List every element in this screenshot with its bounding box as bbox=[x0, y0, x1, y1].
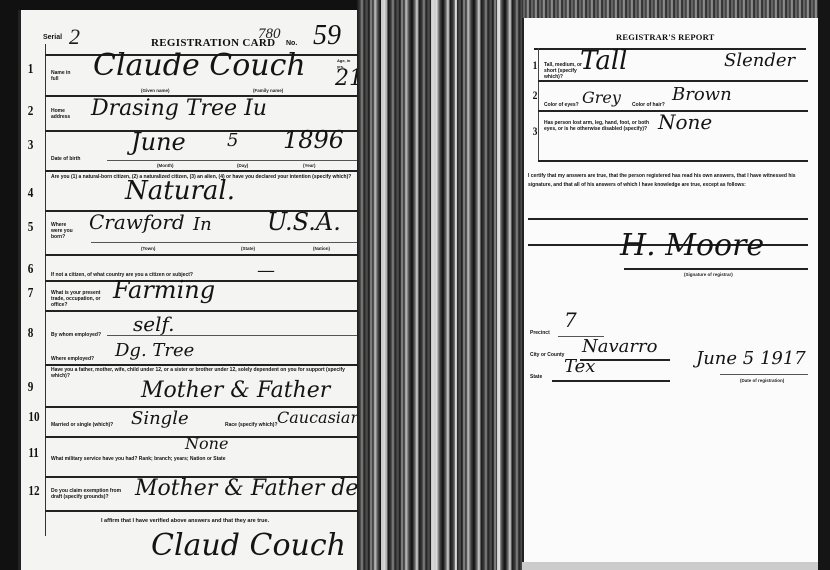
film-top-edge bbox=[522, 0, 822, 18]
home-address-label: Home address bbox=[51, 108, 71, 120]
year-sublabel: (Year) bbox=[303, 163, 316, 168]
precinct-value: 7 bbox=[564, 308, 577, 332]
registration-number: 59 bbox=[313, 20, 341, 52]
microfilm-strip bbox=[357, 0, 522, 570]
race-value: Caucasian bbox=[277, 408, 361, 427]
registrar-report-title: REGISTRAR'S REPORT bbox=[616, 32, 714, 42]
occupation-value: Farming bbox=[113, 276, 215, 304]
row-number: 11 bbox=[28, 446, 39, 462]
dob-month: June bbox=[131, 128, 186, 156]
row-number: 3 bbox=[28, 138, 34, 154]
disability-label: Has person lost arm, leg, hand, foot, or… bbox=[544, 120, 654, 132]
citizenship-value: Natural. bbox=[125, 176, 235, 206]
county-value: Navarro bbox=[582, 336, 657, 357]
registrar-certification: I certify that my answers are true, that… bbox=[528, 172, 810, 190]
order-number: 780 bbox=[258, 26, 281, 43]
exemption-label: Do you claim exemption from draft (speci… bbox=[51, 488, 131, 500]
military-service-value: None bbox=[185, 434, 228, 453]
registration-card-back: REGISTRAR'S REPORT 1 Tall, medium, or sh… bbox=[522, 18, 818, 563]
dob-year: 1896 bbox=[283, 126, 344, 154]
row-number: 10 bbox=[28, 410, 39, 426]
registration-date-label: (Date of registration) bbox=[740, 378, 784, 383]
family-name-sublabel: (Family name) bbox=[253, 88, 283, 93]
film-right-edge bbox=[818, 0, 830, 570]
birthplace-label: Where were you born? bbox=[51, 222, 75, 240]
row-number: 7 bbox=[28, 286, 34, 302]
exemption-value: Mother & Father dep'd bbox=[135, 476, 393, 501]
film-bottom-edge bbox=[522, 562, 818, 570]
birth-state: In bbox=[193, 214, 212, 235]
employer-label: By whom employed? bbox=[51, 332, 101, 338]
document-viewer: Serial 2 REGISTRATION CARD 780 No. 59 1 … bbox=[0, 0, 830, 570]
precinct-label: Precinct bbox=[530, 330, 550, 336]
birth-nation: U.S.A. bbox=[267, 208, 341, 236]
marital-label: Married or single (which)? bbox=[51, 422, 113, 428]
row-number: 1 bbox=[533, 58, 538, 73]
given-name-sublabel: (Given name) bbox=[141, 88, 170, 93]
name-label: Name in full bbox=[51, 70, 75, 82]
affirmation-text: I affirm that I have verified above answ… bbox=[101, 518, 269, 524]
state-sublabel: (State) bbox=[241, 246, 255, 251]
serial-value: 2 bbox=[69, 24, 80, 50]
marital-value: Single bbox=[131, 408, 189, 429]
eye-color-label: Color of eyes? bbox=[544, 102, 579, 108]
row-number: 5 bbox=[28, 220, 34, 236]
disability-value: None bbox=[658, 110, 712, 134]
registrar-signature-label: (Signature of registrar) bbox=[684, 272, 733, 277]
registrant-signature: Claud Couch bbox=[151, 528, 346, 563]
race-label: Race (specify which)? bbox=[225, 422, 278, 428]
foreign-citizen-value: — bbox=[257, 260, 275, 281]
height-value: Tall bbox=[580, 46, 627, 76]
dob-day: 5 bbox=[227, 130, 238, 151]
row-number: 6 bbox=[28, 262, 34, 278]
row-number: 1 bbox=[28, 62, 34, 78]
home-address-value: Drasing Tree Iu bbox=[91, 96, 267, 121]
row-number: 2 bbox=[28, 104, 34, 120]
registration-card-front: Serial 2 REGISTRATION CARD 780 No. 59 1 … bbox=[18, 10, 358, 570]
row-number: 4 bbox=[28, 186, 34, 202]
occupation-label: What is your present trade, occupation, … bbox=[51, 290, 105, 308]
military-service-label: What military service have you had? Rank… bbox=[51, 456, 351, 462]
registrar-signature: H. Moore bbox=[620, 228, 764, 263]
row-number: 3 bbox=[533, 124, 538, 139]
name-value: Claude Couch bbox=[93, 48, 306, 83]
employer-value: self. bbox=[133, 312, 175, 336]
row-number: 8 bbox=[28, 326, 34, 342]
dependents-value: Mother & Father bbox=[141, 378, 330, 403]
serial-label: Serial bbox=[43, 34, 62, 41]
county-label: City or County bbox=[530, 352, 564, 358]
birth-town: Crawford bbox=[89, 210, 185, 234]
eye-color-value: Grey bbox=[582, 88, 621, 107]
nation-sublabel: (Nation) bbox=[313, 246, 330, 251]
hair-color-value: Brown bbox=[672, 84, 732, 105]
card-header: Serial 2 REGISTRATION CARD 780 No. 59 bbox=[21, 10, 361, 52]
state-label: State bbox=[530, 374, 542, 380]
row-number: 12 bbox=[28, 484, 39, 500]
employed-where-value: Dg. Tree bbox=[115, 340, 194, 361]
day-sublabel: (Day) bbox=[237, 163, 248, 168]
town-sublabel: (Town) bbox=[141, 246, 155, 251]
build-value: Slender bbox=[724, 50, 795, 71]
registration-date: June 5 1917 bbox=[696, 348, 806, 369]
hair-color-label: Color of hair? bbox=[632, 102, 665, 108]
dob-label: Date of birth bbox=[51, 156, 80, 162]
row-number: 9 bbox=[28, 380, 34, 396]
row-number: 2 bbox=[533, 88, 538, 103]
no-label: No. bbox=[286, 40, 297, 47]
state-value: Tex bbox=[564, 356, 595, 377]
employed-where-label: Where employed? bbox=[51, 356, 94, 362]
height-label: Tall, medium, or short (specify which)? bbox=[544, 62, 584, 80]
month-sublabel: (Month) bbox=[157, 163, 174, 168]
